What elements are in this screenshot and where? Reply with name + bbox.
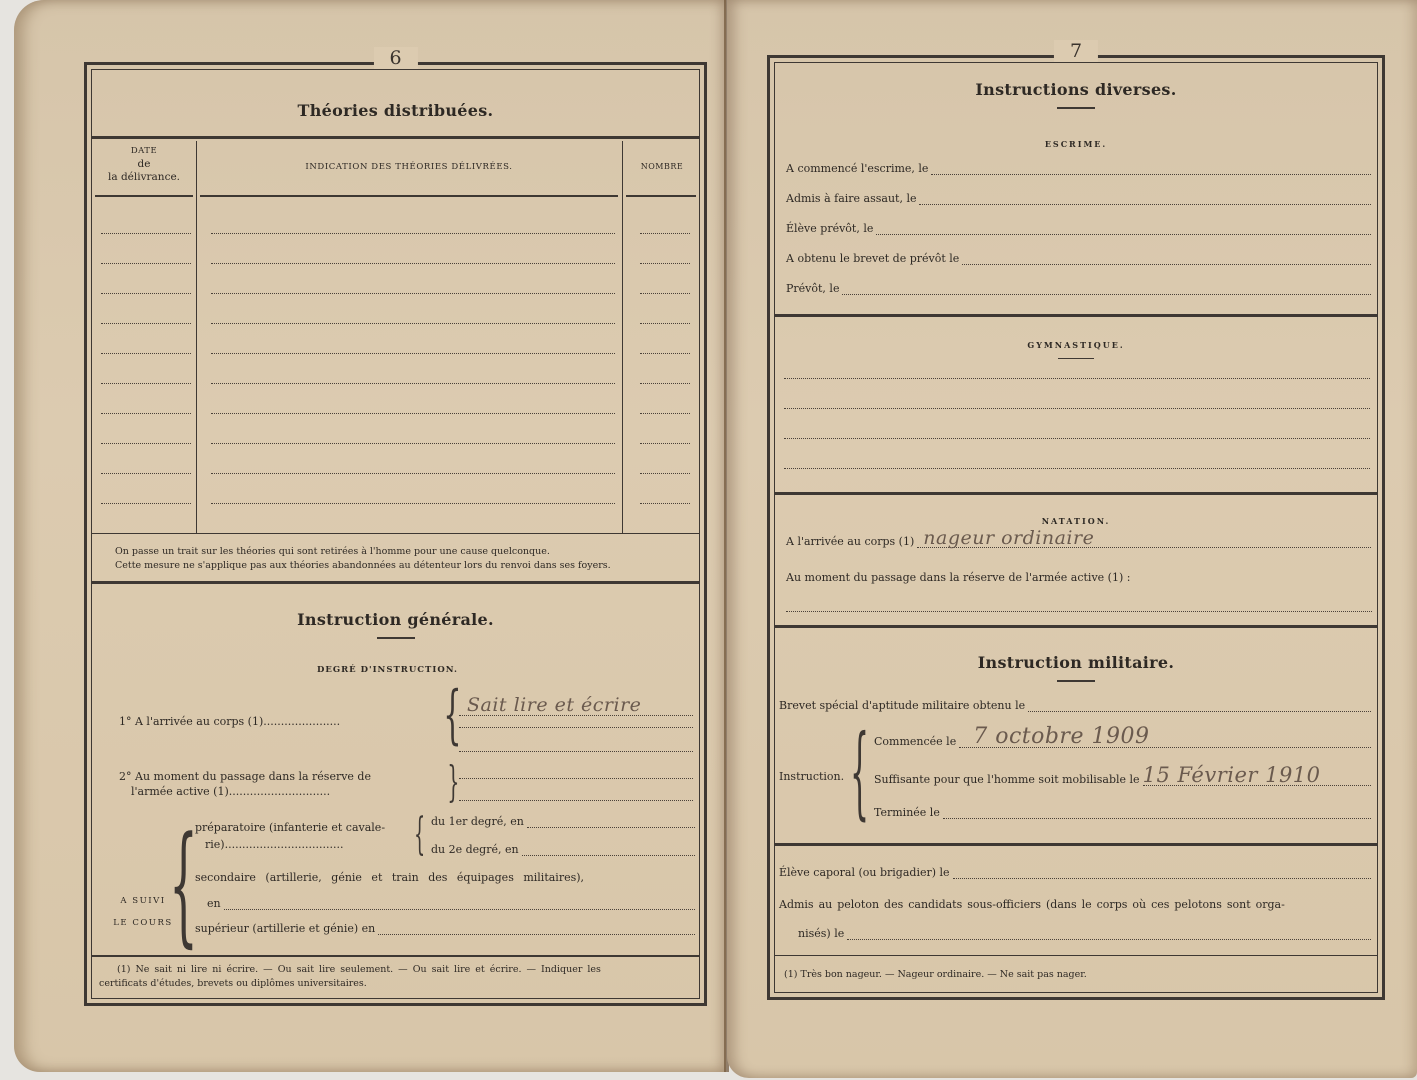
reserve-label-1: 2° Au moment du passage dans la réserve … [119, 770, 371, 783]
dotted-line[interactable] [527, 816, 695, 828]
table-row-line[interactable] [211, 323, 615, 324]
escrime-field[interactable]: A commencé l'escrime, le [786, 162, 1371, 175]
suffisante-field[interactable]: Suffisante pour que l'homme soit mobilis… [874, 773, 1371, 786]
brace: { [850, 722, 869, 822]
divider [92, 533, 699, 534]
reserve-field[interactable] [459, 778, 693, 779]
title-text: Instruction générale. [297, 610, 494, 629]
arrivee-corps-field[interactable]: Sait lire et écrire [459, 702, 693, 716]
a-suivi-le-cours-label: A SUIVI LE COURS [111, 890, 175, 934]
table-row-line[interactable] [101, 503, 191, 504]
right-page-frame: 7 Instructions diverses. ESCRIME. A comm… [767, 55, 1385, 1000]
table-row-line[interactable] [101, 293, 191, 294]
arrivee-corps-label: 1° A l'arrivée au corps (1).............… [119, 715, 340, 728]
column-divider [622, 141, 623, 533]
table-row-line[interactable] [101, 443, 191, 444]
gymnastique-line[interactable] [784, 438, 1370, 439]
natation-passage-field[interactable] [786, 611, 1372, 612]
table-row-line[interactable] [101, 233, 191, 234]
nombre-column-header: NOMBRE [624, 162, 700, 171]
dotted-line[interactable] [1028, 700, 1371, 712]
dotted-line[interactable] [459, 751, 693, 752]
brace: { [414, 813, 425, 857]
table-row-line[interactable] [101, 473, 191, 474]
divider [775, 843, 1377, 846]
gymnastique-line[interactable] [784, 468, 1370, 469]
dotted-line[interactable]: 7 octobre 1909 [959, 736, 1371, 748]
field-label: Brevet spécial d'aptitude militaire obte… [779, 699, 1028, 712]
table-row-line[interactable] [101, 323, 191, 324]
divider [95, 195, 193, 197]
footnote-text: certificats d'études, brevets ou diplôme… [99, 977, 699, 991]
title-text: Instructions diverses. [975, 80, 1176, 99]
table-row-line[interactable] [101, 413, 191, 414]
secondaire-field[interactable]: en [207, 897, 695, 910]
divider [775, 314, 1377, 317]
handwritten-value: nageur ordinaire [923, 527, 1094, 549]
instruction-footnote: (1) Ne sait ni lire ni écrire. — Ou sait… [99, 963, 699, 991]
table-row-line[interactable] [211, 263, 615, 264]
booklet-spread: 6 Théories distribuées. DATE de la déliv… [0, 0, 1417, 1080]
eleve-caporal-field[interactable]: Élève caporal (ou brigadier) le [779, 866, 1371, 879]
divider [92, 581, 699, 584]
table-row-line[interactable] [640, 353, 690, 354]
page-number-6: 6 [373, 47, 417, 69]
natation-footnote: (1) Très bon nageur. — Nageur ordinaire.… [784, 968, 1087, 982]
header-text: la délivrance. [92, 171, 196, 184]
dotted-line[interactable] [459, 727, 693, 728]
table-row-line[interactable] [640, 233, 690, 234]
field-label: nisés) le [798, 927, 847, 940]
table-row-line[interactable] [211, 293, 615, 294]
table-row-line[interactable] [211, 413, 615, 414]
dotted-line[interactable] [962, 253, 1371, 265]
field-label: Élève caporal (ou brigadier) le [779, 866, 953, 879]
peloton-label: Admis au peloton des candidats sous-offi… [779, 898, 1285, 911]
field-label: A obtenu le brevet de prévôt le [786, 252, 962, 265]
field-label: Élève prévôt, le [786, 222, 876, 235]
field-label: du 1er degré, en [431, 815, 527, 828]
table-row-line[interactable] [640, 323, 690, 324]
escrime-field[interactable]: Prévôt, le [786, 282, 1371, 295]
dotted-line[interactable] [842, 283, 1371, 295]
table-row-line[interactable] [101, 353, 191, 354]
natation-heading: NATATION. [770, 516, 1382, 526]
dotted-line[interactable] [378, 923, 695, 935]
dotted-line[interactable] [953, 867, 1371, 879]
dotted-line[interactable] [224, 898, 695, 910]
escrime-heading: ESCRIME. [770, 139, 1382, 149]
field-label: du 2e degré, en [431, 843, 522, 856]
divider [200, 195, 618, 197]
dotted-line[interactable] [876, 223, 1371, 235]
table-row-line[interactable] [640, 293, 690, 294]
theories-note: On passe un trait sur les théories qui s… [115, 545, 611, 573]
field-label: en [207, 897, 224, 910]
left-page: 6 Théories distribuées. DATE de la déliv… [14, 0, 726, 1072]
secondaire-label: secondaire (artillerie, génie et train d… [195, 871, 584, 884]
table-row-line[interactable] [211, 353, 615, 354]
table-row-line[interactable] [640, 503, 690, 504]
divider [92, 136, 699, 139]
preparatoire-label: préparatoire (infanterie et cavale- [195, 821, 385, 834]
left-page-frame: 6 Théories distribuées. DATE de la déliv… [84, 62, 707, 1006]
note-text: On passe un trait sur les théories qui s… [115, 545, 611, 559]
label-text: A SUIVI [111, 890, 175, 912]
divider [92, 955, 699, 957]
header-text: de [92, 158, 196, 171]
reserve-label-2: l'armée active (1)......................… [131, 785, 330, 798]
escrime-field[interactable]: A obtenu le brevet de prévôt le [786, 252, 1371, 265]
table-row-line[interactable] [640, 383, 690, 384]
field-label: A l'arrivée au corps (1) [786, 535, 917, 548]
table-row-line[interactable] [101, 263, 191, 264]
escrime-field[interactable]: Élève prévôt, le [786, 222, 1371, 235]
table-row-line[interactable] [640, 263, 690, 264]
label-text: LE COURS [111, 912, 175, 934]
divider [775, 625, 1377, 628]
brace: } [447, 761, 459, 803]
divider [626, 195, 696, 197]
page-number-7: 7 [1054, 40, 1098, 62]
natation-passage-label: Au moment du passage dans la réserve de … [786, 571, 1130, 584]
dotted-line[interactable] [931, 163, 1371, 175]
date-column-header: DATE de la délivrance. [92, 145, 196, 184]
dotted-line[interactable]: nageur ordinaire [917, 536, 1371, 548]
handwritten-value: 15 Février 1910 [1143, 763, 1321, 787]
table-row-line[interactable] [211, 503, 615, 504]
heading-text: GYMNASTIQUE. [1027, 340, 1124, 350]
field-label: Suffisante pour que l'homme soit mobilis… [874, 773, 1143, 786]
instruction-militaire-title: Instruction militaire. [770, 653, 1382, 682]
table-row-line[interactable] [101, 383, 191, 384]
instruction-label: Instruction. [779, 770, 844, 783]
gymnastique-line[interactable] [784, 378, 1370, 379]
preparatoire-label-2: rie).................................. [205, 838, 343, 851]
table-row-line[interactable] [211, 473, 615, 474]
dotted-line[interactable] [919, 193, 1371, 205]
field-label: Prévôt, le [786, 282, 842, 295]
field-label: A commencé l'escrime, le [786, 162, 931, 175]
indication-column-header: INDICATION DES THÉORIES DÉLIVRÉES. [197, 162, 621, 172]
right-page: 7 Instructions diverses. ESCRIME. A comm… [727, 0, 1417, 1078]
terminee-field[interactable]: Terminée le [874, 806, 1371, 819]
dotted-line[interactable]: 15 Février 1910 [1143, 774, 1371, 786]
table-row-line[interactable] [211, 233, 615, 234]
degree-label: DEGRÉ D'INSTRUCTION. [317, 665, 458, 675]
title-text: Instruction militaire. [978, 653, 1174, 672]
escrime-field[interactable]: Admis à faire assaut, le [786, 192, 1371, 205]
column-divider [196, 141, 197, 533]
divider [775, 955, 1377, 956]
theories-title: Théories distribuées. [87, 101, 704, 120]
field-label: supérieur (artillerie et génie) en [195, 922, 378, 935]
field-label: Admis à faire assaut, le [786, 192, 919, 205]
brevet-field[interactable]: Brevet spécial d'aptitude militaire obte… [779, 699, 1371, 712]
handwritten-value: Sait lire et écrire [467, 694, 641, 716]
table-row-line[interactable] [640, 443, 690, 444]
note-text: Cette mesure ne s'applique pas aux théor… [115, 559, 611, 573]
instruction-generale-title: Instruction générale. [87, 610, 704, 639]
peloton-field[interactable]: nisés) le [798, 927, 1371, 940]
dotted-line[interactable] [522, 844, 695, 856]
divider [775, 492, 1377, 495]
degre2-field[interactable]: du 2e degré, en [431, 843, 695, 856]
reserve-field[interactable] [459, 800, 693, 801]
gymnastique-line[interactable] [784, 408, 1370, 409]
degre1-field[interactable]: du 1er degré, en [431, 815, 695, 828]
brace: { [169, 819, 198, 949]
table-row-line[interactable] [211, 383, 615, 384]
dotted-line[interactable] [943, 807, 1371, 819]
header-text: DATE [92, 145, 196, 158]
superieur-field[interactable]: supérieur (artillerie et génie) en [195, 922, 695, 935]
field-label: Terminée le [874, 806, 943, 819]
instructions-diverses-title: Instructions diverses. [770, 80, 1382, 109]
gymnastique-heading: GYMNASTIQUE. [770, 340, 1382, 359]
commencee-field[interactable]: Commencée le 7 octobre 1909 [874, 735, 1371, 748]
handwritten-value: 7 octobre 1909 [973, 724, 1149, 749]
table-row-line[interactable] [211, 443, 615, 444]
table-row-line[interactable] [640, 413, 690, 414]
dotted-line[interactable] [847, 928, 1371, 940]
footnote-text: (1) Ne sait ni lire ni écrire. — Ou sait… [99, 963, 699, 977]
field-label: Commencée le [874, 735, 959, 748]
natation-arrivee-field[interactable]: A l'arrivée au corps (1) nageur ordinair… [786, 535, 1371, 548]
table-row-line[interactable] [640, 473, 690, 474]
